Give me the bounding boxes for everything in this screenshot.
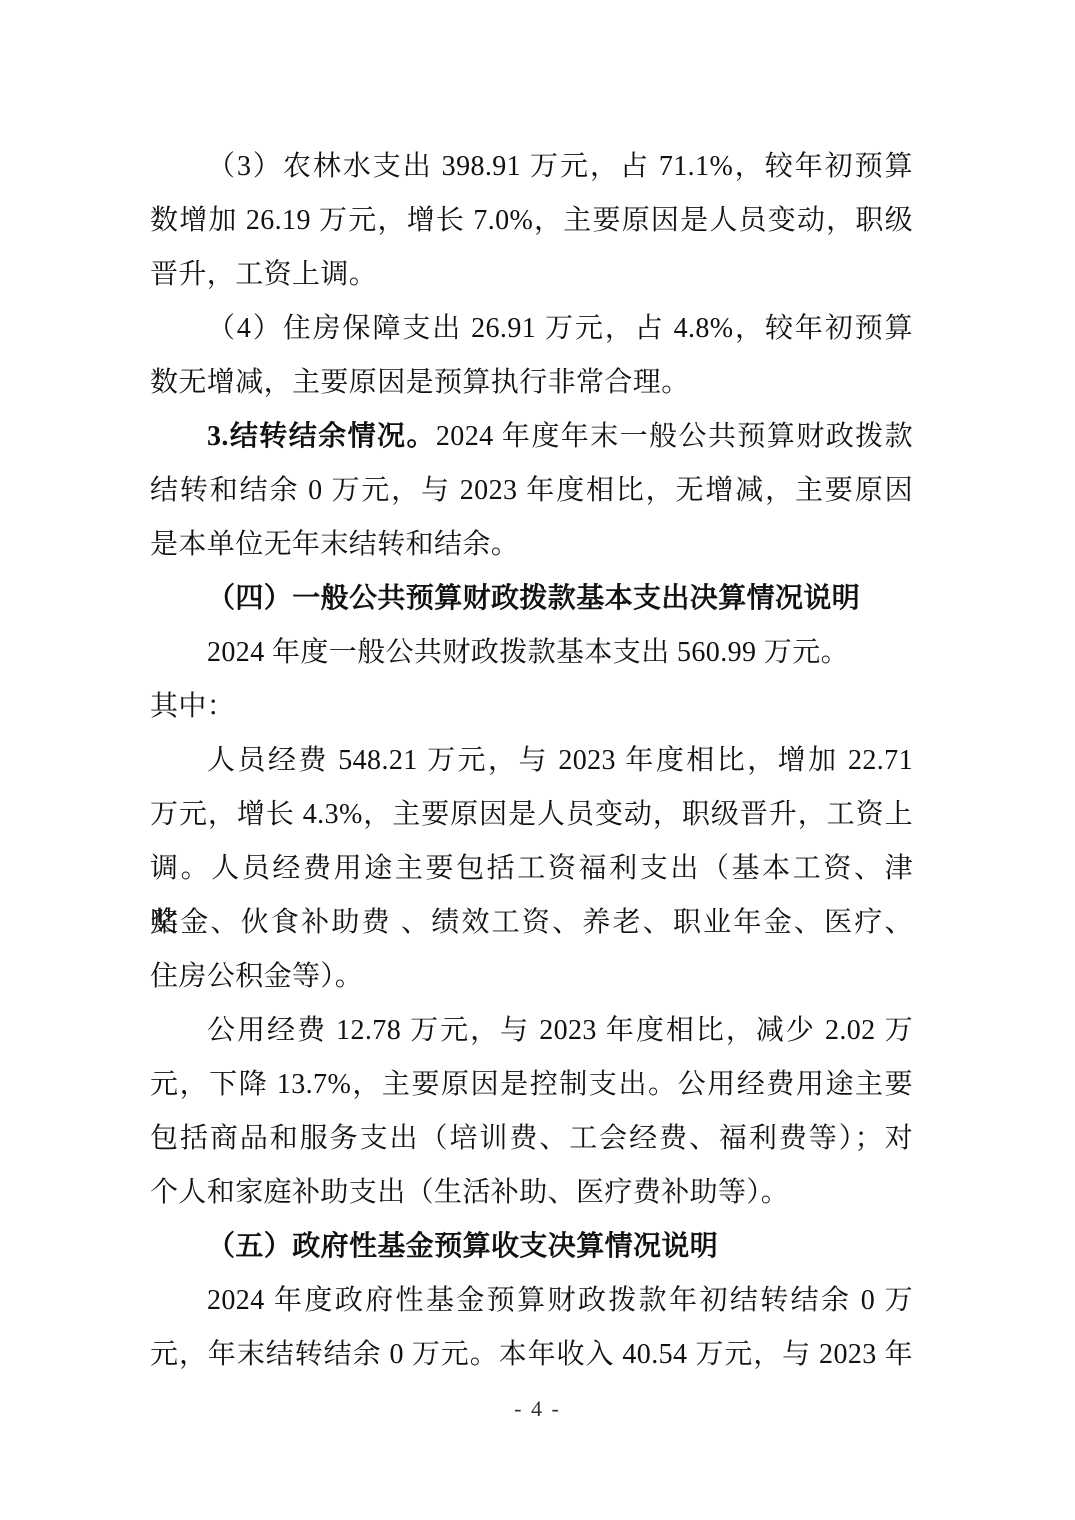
line-text: 2024 年度一般公共财政拨款基本支出 560.99 万元。 [207, 637, 849, 668]
paragraph-bold-lead: 3.结转结余情况。 [207, 421, 436, 452]
line-text: 元，年末结转结余 0 万元。本年收入 40.54 万元，与 2023 年 [150, 1339, 913, 1370]
text-line: 晋升，工资上调。 [150, 248, 913, 302]
page-footer: - 4 - [0, 1396, 1075, 1422]
line-text: 人员经费 548.21 万元，与 2023 年度相比，增加 22.71 [207, 745, 913, 776]
section-heading-line: （五）政府性基金预算收支决算情况说明 [150, 1220, 913, 1274]
line-text: （五）政府性基金预算收支决算情况说明 [207, 1231, 718, 1262]
line-text: （四）一般公共预算财政拨款基本支出决算情况说明 [207, 583, 860, 614]
text-line: 数无增减，主要原因是预算执行非常合理。 [150, 356, 913, 410]
line-text: 住房公积金等）。 [150, 961, 363, 992]
line-text: 奖金、伙食补助费 、绩效工资、养老、职业年金、医疗、 [150, 907, 913, 938]
text-line: 个人和家庭补助支出（生活补助、医疗费补助等）。 [150, 1166, 913, 1220]
line-text: 其中： [150, 691, 235, 722]
line-text: 2024 年度年末一般公共预算财政拨款 [436, 421, 913, 452]
text-line: （3）农林水支出 398.91 万元，占 71.1%，较年初预算 [150, 140, 913, 194]
text-line: 2024 年度一般公共财政拨款基本支出 560.99 万元。 [150, 626, 913, 680]
text-line: 元，年末结转结余 0 万元。本年收入 40.54 万元，与 2023 年 [150, 1328, 913, 1382]
text-line: 3.结转结余情况。2024 年度年末一般公共预算财政拨款 [150, 410, 913, 464]
section-heading-line: （四）一般公共预算财政拨款基本支出决算情况说明 [150, 572, 913, 626]
text-line: 住房公积金等）。 [150, 950, 913, 1004]
line-text: 是本单位无年末结转和结余。 [150, 529, 519, 560]
text-line: 其中： [150, 680, 913, 734]
text-line: 2024 年度政府性基金预算财政拨款年初结转结余 0 万 [150, 1274, 913, 1328]
text-line: 人员经费 548.21 万元，与 2023 年度相比，增加 22.71 [150, 734, 913, 788]
text-line: 结转和结余 0 万元，与 2023 年度相比，无增减，主要原因 [150, 464, 913, 518]
document-body: （3）农林水支出 398.91 万元，占 71.1%，较年初预算数增加 26.1… [150, 140, 913, 1382]
text-line: 包括商品和服务支出（培训费、工会经费、福利费等）；对 [150, 1112, 913, 1166]
line-text: （3）农林水支出 398.91 万元，占 71.1%，较年初预算 [207, 151, 913, 182]
text-line: 元，下降 13.7%，主要原因是控制支出。公用经费用途主要 [150, 1058, 913, 1112]
text-line: 是本单位无年末结转和结余。 [150, 518, 913, 572]
text-line: 万元，增长 4.3%，主要原因是人员变动，职级晋升，工资上 [150, 788, 913, 842]
text-line: 奖金、伙食补助费 、绩效工资、养老、职业年金、医疗、 [150, 896, 913, 950]
line-text: 数增加 26.19 万元，增长 7.0%，主要原因是人员变动，职级 [150, 205, 913, 236]
line-text: 2024 年度政府性基金预算财政拨款年初结转结余 0 万 [207, 1285, 913, 1316]
text-line: 调。人员经费用途主要包括工资福利支出（基本工资、津贴、 [150, 842, 913, 896]
text-line: 公用经费 12.78 万元，与 2023 年度相比，减少 2.02 万 [150, 1004, 913, 1058]
page-number: - 4 - [514, 1396, 561, 1421]
line-text: 公用经费 12.78 万元，与 2023 年度相比，减少 2.02 万 [207, 1015, 913, 1046]
document-page: （3）农林水支出 398.91 万元，占 71.1%，较年初预算数增加 26.1… [0, 0, 1075, 1520]
line-text: 包括商品和服务支出（培训费、工会经费、福利费等）；对 [150, 1123, 913, 1154]
text-line: （4）住房保障支出 26.91 万元，占 4.8%，较年初预算 [150, 302, 913, 356]
text-line: 数增加 26.19 万元，增长 7.0%，主要原因是人员变动，职级 [150, 194, 913, 248]
line-text: 个人和家庭补助支出（生活补助、医疗费补助等）。 [150, 1177, 789, 1208]
line-text: 元，下降 13.7%，主要原因是控制支出。公用经费用途主要 [150, 1069, 913, 1100]
line-text: 结转和结余 0 万元，与 2023 年度相比，无增减，主要原因 [150, 475, 913, 506]
line-text: 数无增减，主要原因是预算执行非常合理。 [150, 367, 690, 398]
line-text: 万元，增长 4.3%，主要原因是人员变动，职级晋升，工资上 [150, 799, 913, 830]
line-text: 晋升，工资上调。 [150, 259, 377, 290]
line-text: （4）住房保障支出 26.91 万元，占 4.8%，较年初预算 [207, 313, 913, 344]
